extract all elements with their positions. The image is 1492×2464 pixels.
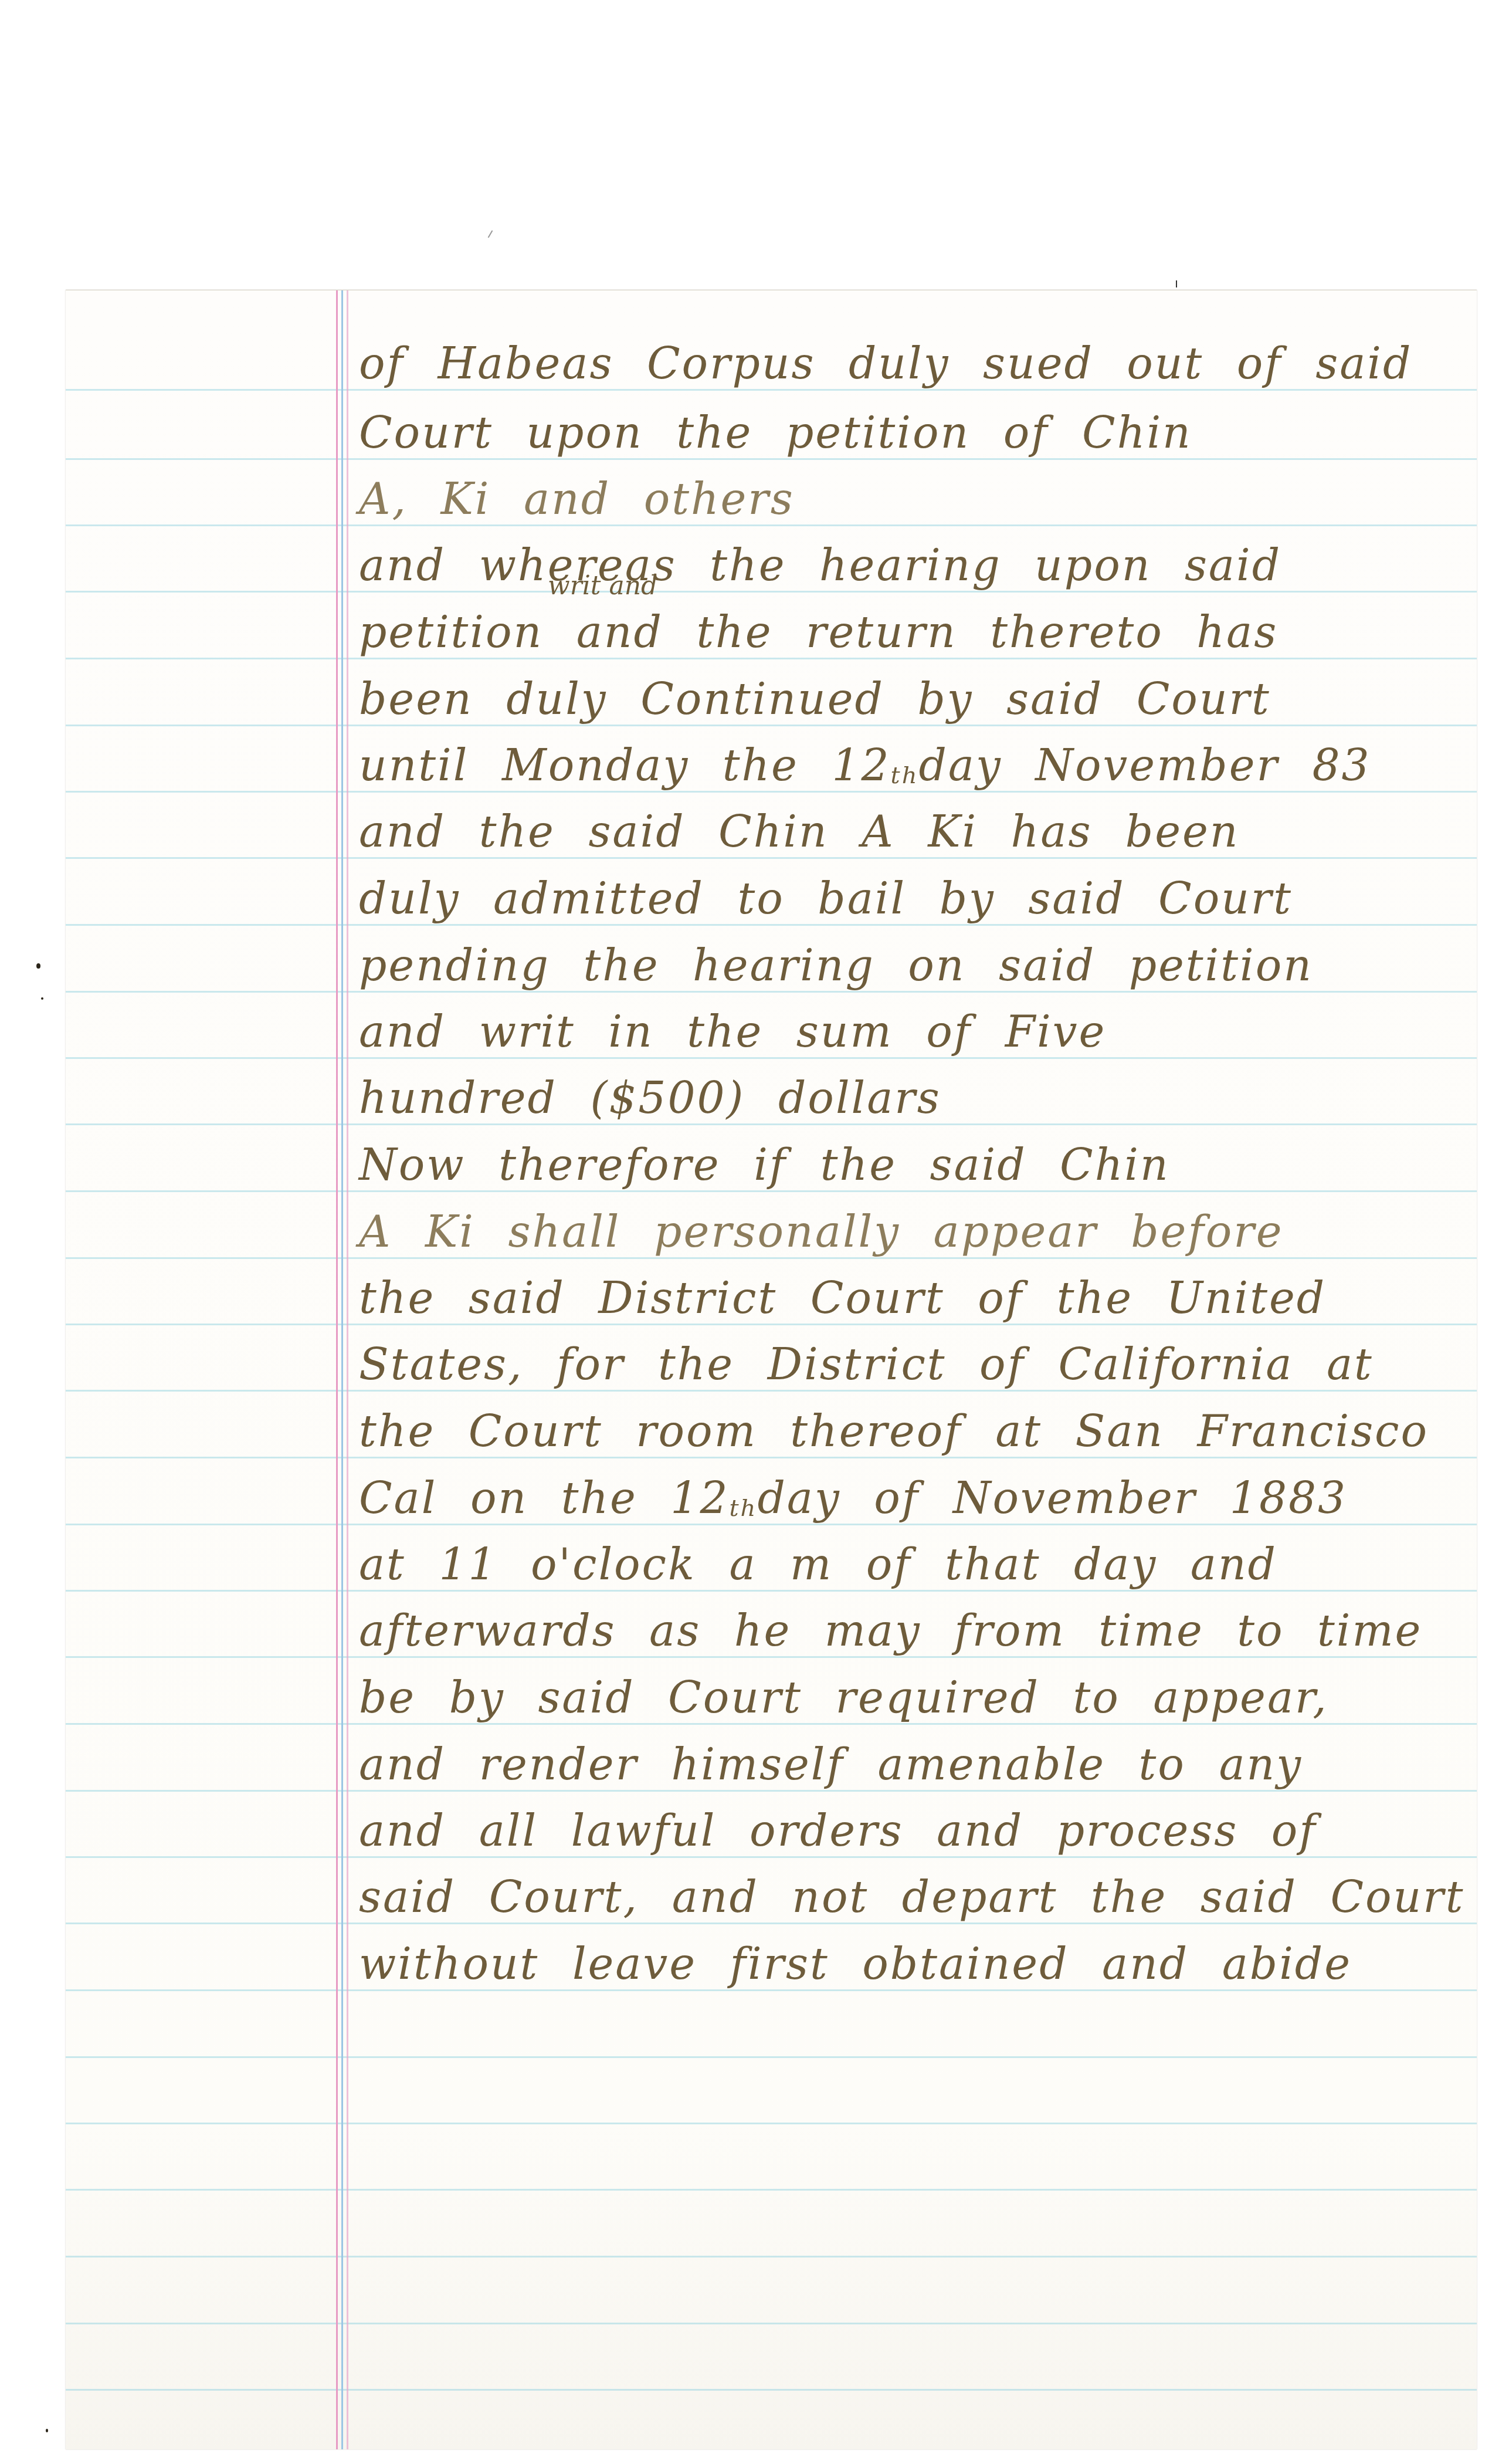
scan-speck (36, 963, 40, 969)
handwritten-line: be by said Court required to appear, (359, 1659, 1462, 1723)
handwritten-line: States, for the District of California a… (359, 1325, 1462, 1390)
ruled-paper-sheet: of Habeas Corpus duly sued out of said C… (66, 290, 1477, 2449)
handwritten-line: Cal on the 12th day of November 1883 (359, 1459, 1462, 1524)
ordinal-suffix: th (891, 764, 919, 787)
handwritten-line: and whereas the hearing upon said (359, 526, 1462, 591)
handwritten-line: petition and the return thereto has (359, 593, 1462, 658)
handwritten-line: and all lawful orders and process of (359, 1792, 1462, 1856)
handwritten-line: duly admitted to bail by said Court (359, 859, 1462, 924)
handwritten-line: until Monday the 12th day November 83 (359, 726, 1462, 791)
scan-speck (46, 2429, 48, 2432)
scan-artifact-mark (1176, 280, 1177, 287)
handwritten-line: of Habeas Corpus duly sued out of said (359, 324, 1462, 389)
handwritten-line: the Court room thereof at San Francisco (359, 1392, 1462, 1457)
handwritten-line: A Ki shall personally appear before (359, 1193, 1462, 1257)
ordinal-suffix: th (730, 1497, 758, 1520)
line-text: day of November 1883 (757, 1477, 1347, 1520)
line-text: Cal on the 12 (359, 1477, 730, 1520)
handwritten-line: without leave first obtained and abide (359, 1925, 1462, 1989)
handwritten-body: of Habeas Corpus duly sued out of said C… (66, 290, 1477, 2449)
handwritten-line: A, Ki and others (359, 460, 1462, 524)
handwritten-line: Now therefore if the said Chin (359, 1126, 1462, 1190)
handwritten-line: and the said Chin A Ki has been (359, 793, 1462, 857)
line-text: day November 83 (918, 744, 1371, 787)
handwritten-line: been duly Continued by said Court (359, 660, 1462, 725)
handwritten-line: said Court, and not depart the said Cour… (359, 1858, 1462, 1923)
scan-speck (41, 997, 43, 1000)
handwritten-line: Court upon the petition of Chin (359, 394, 1462, 458)
line-text: until Monday the 12 (359, 744, 891, 787)
handwritten-line: the said District Court of the United (359, 1259, 1462, 1324)
handwritten-line: and render himself amenable to any (359, 1725, 1462, 1790)
handwritten-line: and writ in the sum of Five (359, 993, 1462, 1057)
handwritten-line: hundred ($500) dollars (359, 1059, 1462, 1123)
handwritten-line: at 11 o'clock a m of that day and (359, 1525, 1462, 1590)
handwritten-line: afterwards as he may from time to time (359, 1592, 1462, 1656)
handwritten-line: pending the hearing on said petition (359, 926, 1462, 991)
